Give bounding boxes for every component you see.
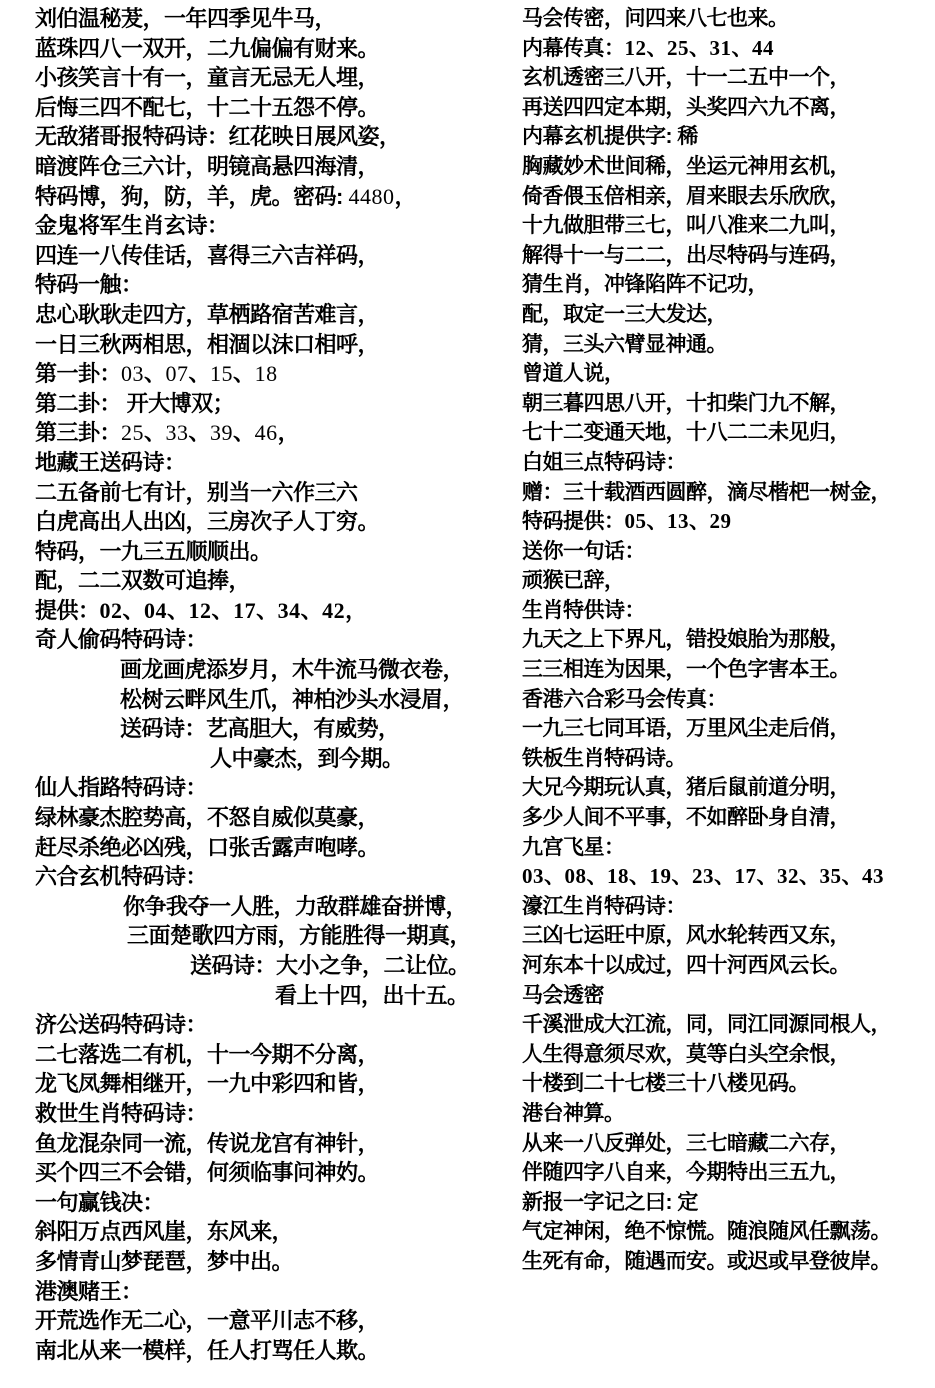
number-text: 08 (565, 864, 587, 888)
text-line: 开荒选作无二心，一意平川志不移， (35, 1306, 513, 1336)
text-line: 金鬼将军生肖玄诗： (35, 211, 513, 241)
text-line: 绿林豪杰腔势高，不怒自威似莫豪， (35, 803, 513, 833)
number-text: 46 (255, 420, 278, 445)
text-line: 朝三暮四思八开，十扣柴门九不解， (522, 389, 932, 419)
text-line: 配，取定一三大发达， (522, 300, 932, 330)
text-line: 看上十四，出十五。 (35, 981, 513, 1011)
number-text: 4480 (348, 184, 394, 209)
number-text: 25 (121, 420, 144, 445)
number-text: 33 (166, 420, 189, 445)
text-line: 第一卦：03、07、15、18 (35, 359, 513, 389)
text-line: 画龙画虎添岁月，木牛流马微衣卷， (35, 655, 513, 685)
text-line: 四连一八传佳话，喜得三六吉祥码， (35, 241, 513, 271)
text-line: 一句赢钱决： (35, 1188, 513, 1218)
text-line: 解得十一与二二，出尽特码与连码， (522, 241, 932, 271)
text-line: 白虎高出人出凶，三房次子人丁穷。 (35, 507, 513, 537)
text-line: 第二卦： 开大博双； (35, 389, 513, 419)
text-line: 顽猴已辞， (522, 566, 932, 596)
text-line: 赶尽杀绝必凶残，口张舌露声咆哮。 (35, 833, 513, 863)
text-line: 二七落选二有机，十一今期不分离， (35, 1040, 513, 1070)
text-line: 胸藏妙术世间稀，坐运元神用玄机， (522, 152, 932, 182)
number-text: 43 (862, 864, 884, 888)
text-line: 送你一句话： (522, 537, 932, 567)
text-line: 九天之上下界凡，错投娘胎为那般， (522, 625, 932, 655)
text-line: 七十二变通天地，十八二二未见归， (522, 418, 932, 448)
text-line: 忠心耿耿走四方，草栖路宿苦难言， (35, 300, 513, 330)
text-line: 新报一字记之曰: 定 (522, 1188, 932, 1218)
text-line: 特码，一九三五顺顺出。 (35, 537, 513, 567)
text-line: 伴随四字八自来，今期特出三五九， (522, 1158, 932, 1188)
text-line: 仙人指路特码诗： (35, 773, 513, 803)
text-line: 刘伯温秘茇，一年四季见牛马， (35, 4, 513, 34)
text-line: 赠：三十载酒西圆醉，滴尽楷杷一树金， (522, 478, 932, 508)
text-line: 猜，三头六臂显神通。 (522, 330, 932, 360)
text-line: 特码一触： (35, 270, 513, 300)
text-line: 南北从来一模样，任人打骂任人欺。 (35, 1336, 513, 1366)
text-line: 无敌猪哥报特码诗：红花映日展风姿， (35, 122, 513, 152)
number-text: 02 (100, 598, 123, 623)
text-line: 内幕玄机提供字: 稀 (522, 122, 932, 152)
number-text: 25 (667, 36, 689, 60)
number-text: 39 (210, 420, 233, 445)
number-text: 18 (255, 361, 278, 386)
text-line: 香港六合彩马会传真： (522, 685, 932, 715)
text-line: 生肖特供诗： (522, 596, 932, 626)
text-line: 千溪泄成大江流，同，同江同源同根人， (522, 1010, 932, 1040)
number-text: 31 (710, 36, 732, 60)
text-line: 暗渡阵仓三六计，明镜高悬四海清， (35, 152, 513, 182)
number-text: 13 (667, 509, 689, 533)
text-line: 一日三秋两相思，相涸以沫口相呼， (35, 330, 513, 360)
text-line: 九宫飞星： (522, 833, 932, 863)
number-text: 44 (752, 36, 774, 60)
text-line: 龙飞凤舞相继开，一九中彩四和皆， (35, 1069, 513, 1099)
text-line: 铁板生肖特码诗。 (522, 744, 932, 774)
text-line: 人中豪杰，到今期。 (35, 744, 513, 774)
text-line: 斜阳万点西风崖，东风来， (35, 1217, 513, 1247)
text-line: 买个四三不会错，何须临事问神妁。 (35, 1158, 513, 1188)
text-line: 济公送码特码诗： (35, 1010, 513, 1040)
text-line: 马会透密 (522, 981, 932, 1011)
number-text: 03 (522, 864, 544, 888)
number-text: 12 (625, 36, 647, 60)
text-line: 鱼龙混杂同一流，传说龙宫有神针， (35, 1129, 513, 1159)
text-line: 曾道人说， (522, 359, 932, 389)
right-text-column: 马会传密，问四来八七也来。内幕传真：12、25、31、44玄机透密三八开，十一二… (522, 4, 932, 1277)
number-text: 15 (210, 361, 233, 386)
text-line: 特码博，狗，防，羊，虎。密码: 4480， (35, 182, 513, 212)
text-line: 十楼到二十七楼三十八楼见码。 (522, 1069, 932, 1099)
number-text: 42 (322, 598, 345, 623)
text-line: 多情青山梦琵琶，梦中出。 (35, 1247, 513, 1277)
text-line: 配，二二双数可追捧， (35, 566, 513, 596)
text-line: 三凶七运旺中原，风水轮转西又东， (522, 921, 932, 951)
text-line: 三三相连为因果，一个色字害本王。 (522, 655, 932, 685)
text-line: 多少人间不平事，不如醉卧身自清， (522, 803, 932, 833)
text-line: 送码诗：艺高胆大，有威势， (35, 714, 513, 744)
number-text: 07 (166, 361, 189, 386)
text-line: 生死有命，随遇而安。或迟或早登彼岸。 (522, 1247, 932, 1277)
text-line: 提供：02、04、12、17、34、42， (35, 596, 513, 626)
text-line: 十九做胆带三七，叫八准来二九叫， (522, 211, 932, 241)
number-text: 29 (710, 509, 732, 533)
number-text: 34 (278, 598, 301, 623)
number-text: 18 (607, 864, 629, 888)
number-text: 04 (144, 598, 167, 623)
number-text: 17 (233, 598, 256, 623)
text-line: 松树云畔风生爪，神柏沙头水浸眉， (35, 685, 513, 715)
number-text: 23 (692, 864, 714, 888)
number-text: 05 (625, 509, 647, 533)
text-line: 蓝珠四八一双开，二九偏偏有财来。 (35, 34, 513, 64)
text-line: 濠江生肖特码诗： (522, 892, 932, 922)
text-line: 白姐三点特码诗： (522, 448, 932, 478)
text-line: 港澳赌王： (35, 1277, 513, 1307)
number-text: 35 (820, 864, 842, 888)
text-line: 气定神闲，绝不惊慌。随浪随风任飘荡。 (522, 1217, 932, 1247)
document-page: 刘伯温秘茇，一年四季见牛马，蓝珠四八一双开，二九偏偏有财来。小孩笑言十有一，童言… (0, 0, 935, 1388)
text-line: 小孩笑言十有一，童言无忌无人埋， (35, 63, 513, 93)
text-line: 特码提供：05、13、29 (522, 507, 932, 537)
text-line: 倚香偎玉倍相亲，眉来眼去乐欣欣， (522, 182, 932, 212)
number-text: 12 (189, 598, 212, 623)
text-line: 玄机透密三八开，十一二五中一个， (522, 63, 932, 93)
text-line: 港台神算。 (522, 1099, 932, 1129)
text-line: 救世生肖特码诗： (35, 1099, 513, 1129)
text-line: 后悔三四不配七，十二十五怨不停。 (35, 93, 513, 123)
number-text: 17 (735, 864, 757, 888)
text-line: 再送四四定本期，头奖四六九不离， (522, 93, 932, 123)
text-line: 内幕传真：12、25、31、44 (522, 34, 932, 64)
text-line: 03、08、18、19、23、17、32、35、43 (522, 862, 932, 892)
text-line: 从来一八反弹处，三七暗藏二六存， (522, 1129, 932, 1159)
text-line: 你争我夺一人胜，力敌群雄奋拼博， (35, 892, 513, 922)
text-line: 地藏王送码诗： (35, 448, 513, 478)
text-line: 二五备前七有计，别当一六作三六 (35, 478, 513, 508)
text-line: 三面楚歌四方雨，方能胜得一期真， (35, 921, 513, 951)
number-text: 19 (650, 864, 672, 888)
text-line: 大兄今期玩认真，猪后鼠前道分明， (522, 773, 932, 803)
text-line: 一九三七同耳语，万里风尘走后俏， (522, 714, 932, 744)
number-text: 03 (121, 361, 144, 386)
text-line: 猜生肖，冲锋陷阵不记功， (522, 270, 932, 300)
text-line: 马会传密，问四来八七也来。 (522, 4, 932, 34)
number-text: 32 (777, 864, 799, 888)
left-text-column: 刘伯温秘茇，一年四季见牛马，蓝珠四八一双开，二九偏偏有财来。小孩笑言十有一，童言… (35, 4, 513, 1365)
text-line: 六合玄机特码诗： (35, 862, 513, 892)
text-line: 人生得意须尽欢，莫等白头空余恨， (522, 1040, 932, 1070)
text-line: 送码诗：大小之争，二让位。 (35, 951, 513, 981)
text-line: 第三卦：25、33、39、46， (35, 418, 513, 448)
text-line: 河东本十以成过，四十河西风云长。 (522, 951, 932, 981)
text-line: 奇人偷码特码诗： (35, 625, 513, 655)
